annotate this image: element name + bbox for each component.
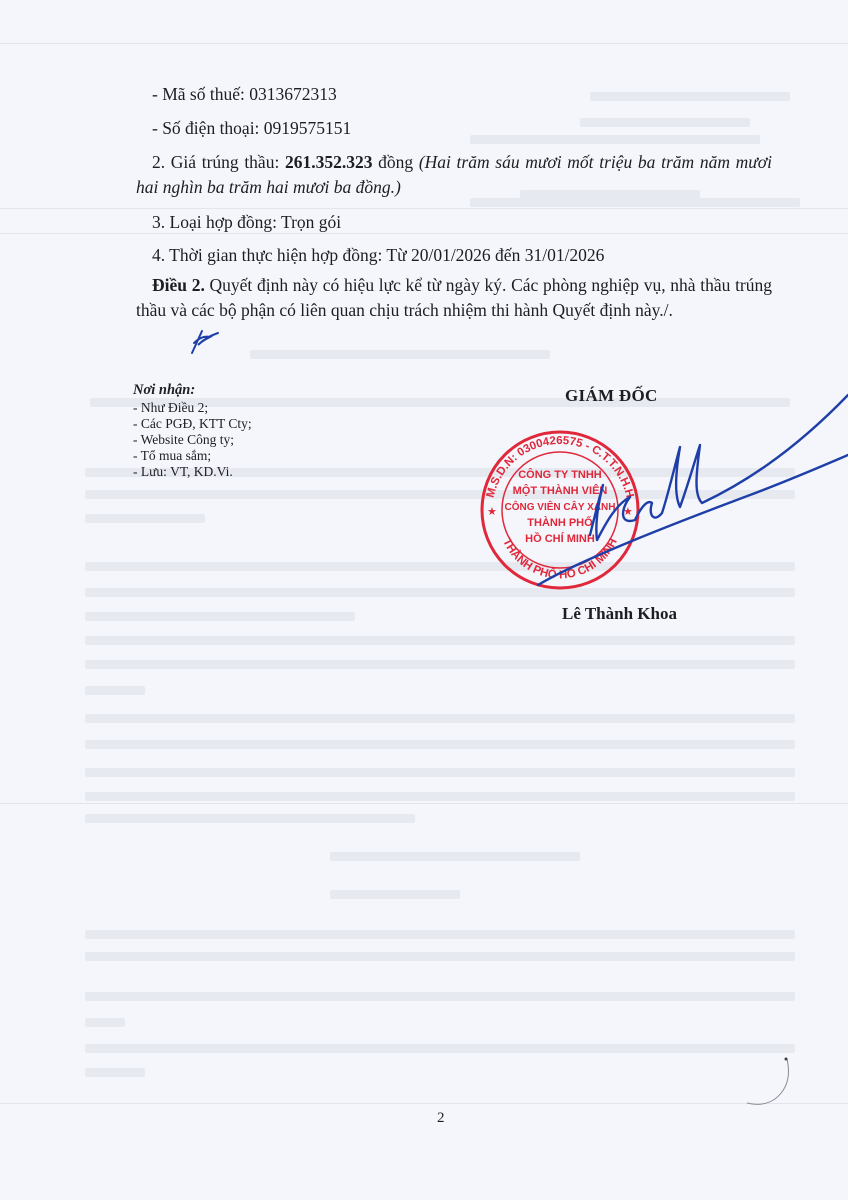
scan-line (0, 43, 848, 44)
contract-type-line: 3. Loại hợp đồng: Trọn gói (152, 211, 341, 233)
tax-code-line: - Mã số thuế: 0313672313 (152, 83, 337, 105)
page-number: 2 (437, 1110, 445, 1127)
duration-line: 4. Thời gian thực hiện hợp đồng: Từ 20/0… (152, 244, 604, 266)
recipient-item: - Như Điều 2; (133, 400, 252, 416)
article-2-text: Quyết định này có hiệu lực kể từ ngày ký… (136, 275, 772, 320)
handwritten-signature-icon (470, 385, 848, 605)
recipients-title: Nơi nhận: (133, 382, 195, 399)
scan-line (0, 208, 848, 209)
bid-price-amount: 261.352.323 (285, 152, 373, 172)
scan-line (0, 803, 848, 804)
recipients-list: - Như Điều 2; - Các PGĐ, KTT Cty; - Webs… (133, 400, 252, 480)
recipient-item: - Tổ mua sắm; (133, 448, 252, 464)
bid-price-paragraph: 2. Giá trúng thầu: 261.352.323 đồng (Hai… (136, 150, 772, 199)
pen-mark-icon (735, 1055, 795, 1115)
signer-name: Lê Thành Khoa (562, 604, 677, 624)
recipient-item: - Website Công ty; (133, 432, 252, 448)
initials-mark-icon (188, 325, 228, 355)
scan-line (0, 1103, 848, 1104)
recipient-item: - Lưu: VT, KD.Vi. (133, 464, 252, 480)
phone-line: - Số điện thoại: 0919575151 (152, 117, 351, 139)
recipient-item: - Các PGĐ, KTT Cty; (133, 416, 252, 432)
bid-price-unit: đồng (372, 152, 418, 172)
article-2-label: Điều 2. (152, 275, 205, 295)
bid-price-prefix: 2. Giá trúng thầu: (152, 152, 285, 172)
scan-line (0, 233, 848, 234)
article-2-paragraph: Điều 2. Quyết định này có hiệu lực kể từ… (136, 273, 772, 322)
